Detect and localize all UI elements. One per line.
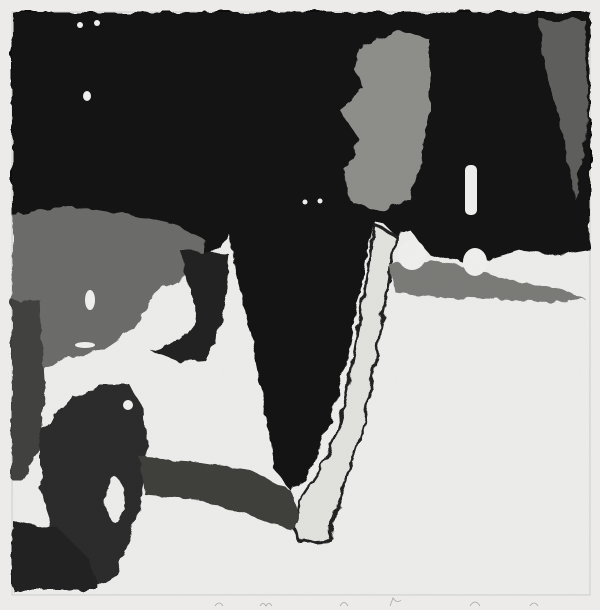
etching-photo (0, 0, 600, 610)
etching-artwork (0, 0, 600, 610)
print-grain (12, 12, 590, 595)
